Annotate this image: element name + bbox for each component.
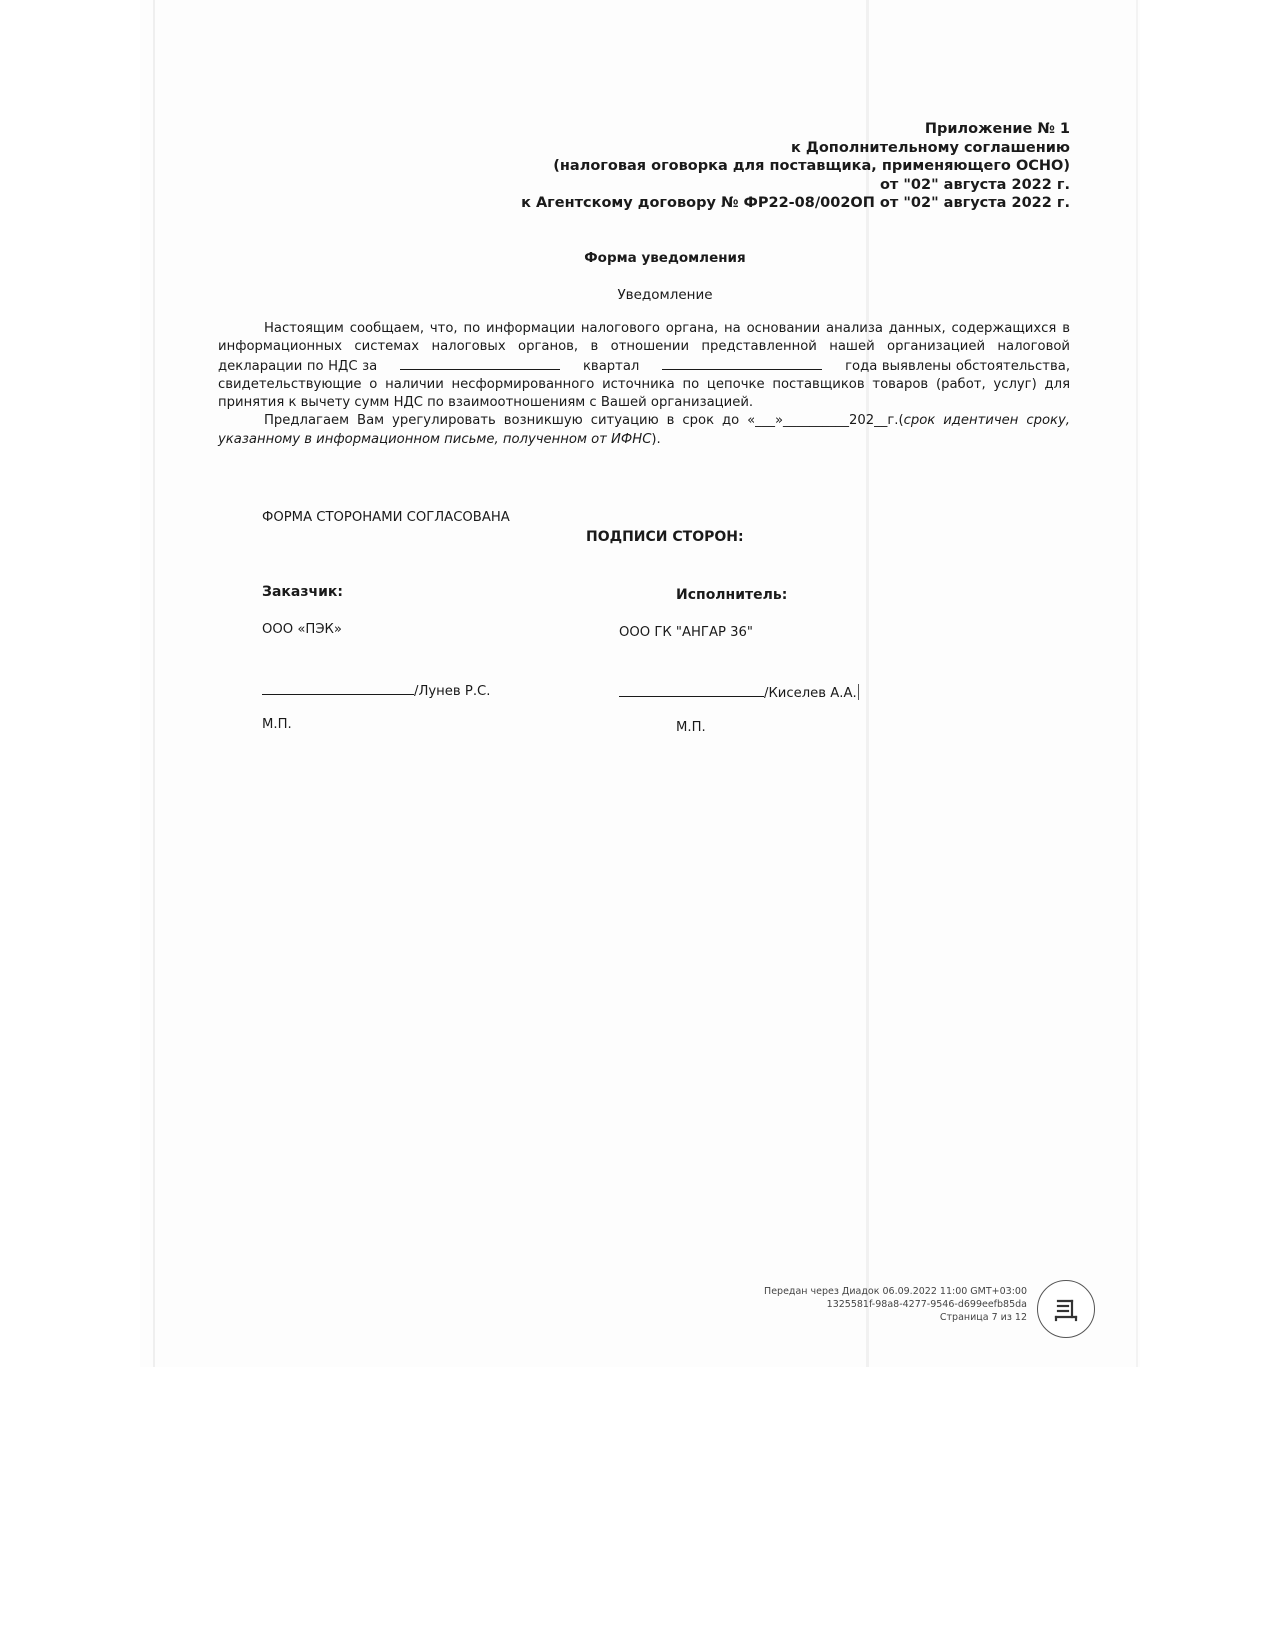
customer-org: ООО «ПЭК» [262,622,342,637]
header-line: Приложение № 1 [521,120,1070,139]
stamp-document-id: 1325581f-98a8-4277-9546-d699eefb85da [764,1298,1027,1311]
signatures-title: ПОДПИСИ СТОРОН: [586,529,744,545]
customer-label: Заказчик: [262,584,343,600]
form-agreed-label: ФОРМА СТОРОНАМИ СОГЛАСОВАНА [262,510,510,525]
customer-signature: /Лунев Р.С. [262,680,490,699]
appendix-header: Приложение № 1 к Дополнительному соглаше… [521,120,1070,213]
diadoc-stamp: Передан через Диадок 06.09.2022 11:00 GM… [764,1285,1027,1324]
signature-line [262,680,414,695]
header-line: (налоговая оговорка для поставщика, прим… [521,157,1070,176]
signature-line [619,682,764,697]
header-line: к Агентскому договору № ФР22-08/002ОП от… [521,194,1070,213]
notice-body: Настоящим сообщаем, что, по информации н… [218,320,1070,449]
executor-signature: /Киселев А.А. [619,682,859,701]
executor-seal-place: М.П. [676,720,706,735]
executor-org: ООО ГК "АНГАР 36" [619,625,753,640]
header-line: к Дополнительному соглашению [521,139,1070,158]
diadoc-logo-icon [1037,1280,1095,1338]
customer-seal-place: М.П. [262,717,292,732]
notice-title: Уведомление [0,287,1275,303]
stamp-transmitted: Передан через Диадок 06.09.2022 11:00 GM… [764,1285,1027,1298]
stamp-page: Страница 7 из 12 [764,1311,1027,1324]
paragraph-2: Предлагаем Вам урегулировать возникшую с… [218,412,1070,449]
cursor-mark [858,684,859,700]
page-left-edge [153,0,155,1367]
paragraph-1: Настоящим сообщаем, что, по информации н… [218,320,1070,412]
quarter-blank [400,357,560,370]
executor-label: Исполнитель: [676,587,787,603]
year-blank [662,357,822,370]
header-line: от "02" августа 2022 г. [521,176,1070,195]
page-right-edge [1136,0,1138,1367]
form-title: Форма уведомления [0,250,1275,266]
